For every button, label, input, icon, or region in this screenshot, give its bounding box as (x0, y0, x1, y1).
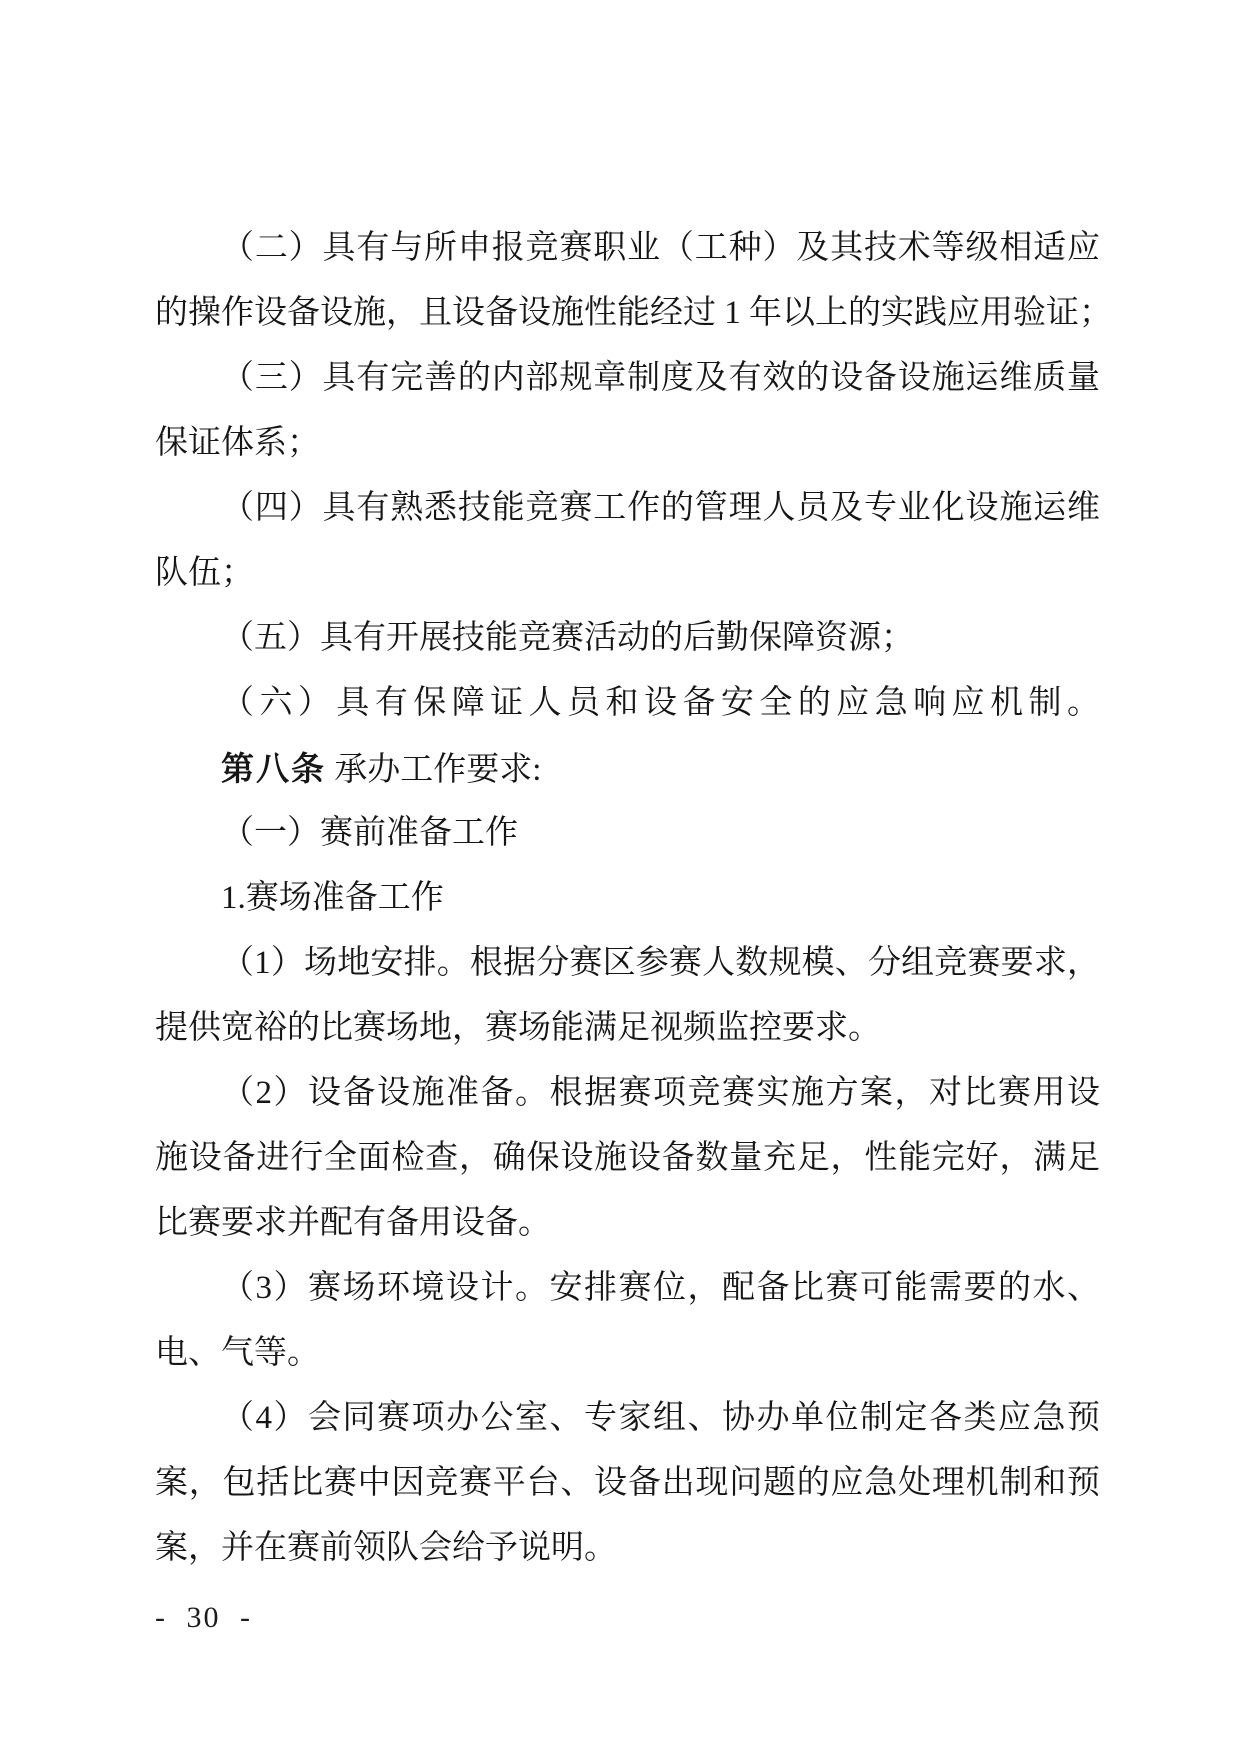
text-line: 第八条 承办工作要求: (155, 736, 1100, 801)
article-heading-bold: 第八条 (221, 750, 326, 787)
text-line: （五）具有开展技能竞赛活动的后勤保障资源； (155, 606, 1100, 671)
text-line: （4）会同赛项办公室、专家组、协办单位制定各类应急预 (155, 1386, 1100, 1451)
text-line: （3）赛场环境设计。安排赛位，配备比赛可能需要的水、 (155, 1256, 1100, 1321)
text-line: （1）场地安排。根据分赛区参赛人数规模、分组竞赛要求， (155, 931, 1100, 996)
text-line: 队伍； (155, 541, 1100, 606)
paragraph: 第八条 承办工作要求: (155, 736, 1100, 801)
text-line: 保证体系； (155, 411, 1100, 476)
text-line: （一）赛前准备工作 (155, 801, 1100, 866)
paragraph: （2）设备设施准备。根据赛项竞赛实施方案，对比赛用设施设备进行全面检查，确保设施… (155, 1061, 1100, 1256)
text-line: （二）具有与所申报竞赛职业（工种）及其技术等级相适应 (155, 216, 1100, 281)
paragraph: （4）会同赛项办公室、专家组、协办单位制定各类应急预案，包括比赛中因竞赛平台、设… (155, 1386, 1100, 1581)
text-line: 的操作设备设施，且设备设施性能经过 1 年以上的实践应用验证； (155, 281, 1100, 346)
text-line: （六）具有保障证人员和设备安全的应急响应机制。 (155, 671, 1100, 736)
paragraph: （四）具有熟悉技能竞赛工作的管理人员及专业化设施运维队伍； (155, 476, 1100, 606)
paragraph: （一）赛前准备工作 (155, 801, 1100, 866)
document-page: （二）具有与所申报竞赛职业（工种）及其技术等级相适应的操作设备设施，且设备设施性… (0, 0, 1241, 1754)
paragraph: （三）具有完善的内部规章制度及有效的设备设施运维质量保证体系； (155, 346, 1100, 476)
paragraph: （六）具有保障证人员和设备安全的应急响应机制。 (155, 671, 1100, 736)
text-line: （四）具有熟悉技能竞赛工作的管理人员及专业化设施运维 (155, 476, 1100, 541)
paragraph: （二）具有与所申报竞赛职业（工种）及其技术等级相适应的操作设备设施，且设备设施性… (155, 216, 1100, 346)
text-line: 电、气等。 (155, 1321, 1100, 1386)
paragraph: （五）具有开展技能竞赛活动的后勤保障资源； (155, 606, 1100, 671)
text-line: 施设备进行全面检查，确保设施设备数量充足，性能完好，满足 (155, 1126, 1100, 1191)
text-line: 案，包括比赛中因竞赛平台、设备出现问题的应急处理机制和预 (155, 1451, 1100, 1516)
text-line: 1.赛场准备工作 (155, 866, 1100, 931)
document-body: （二）具有与所申报竞赛职业（工种）及其技术等级相适应的操作设备设施，且设备设施性… (155, 216, 1100, 1581)
text-line: （2）设备设施准备。根据赛项竞赛实施方案，对比赛用设 (155, 1061, 1100, 1126)
paragraph: 1.赛场准备工作 (155, 866, 1100, 931)
page-number: - 30 - (155, 1598, 252, 1638)
text-run: 承办工作要求: (326, 752, 541, 788)
text-line: 案，并在赛前领队会给予说明。 (155, 1516, 1100, 1581)
paragraph: （1）场地安排。根据分赛区参赛人数规模、分组竞赛要求，提供宽裕的比赛场地，赛场能… (155, 931, 1100, 1061)
paragraph: （3）赛场环境设计。安排赛位，配备比赛可能需要的水、电、气等。 (155, 1256, 1100, 1386)
text-line: （三）具有完善的内部规章制度及有效的设备设施运维质量 (155, 346, 1100, 411)
text-line: 提供宽裕的比赛场地，赛场能满足视频监控要求。 (155, 996, 1100, 1061)
text-line: 比赛要求并配有备用设备。 (155, 1191, 1100, 1256)
